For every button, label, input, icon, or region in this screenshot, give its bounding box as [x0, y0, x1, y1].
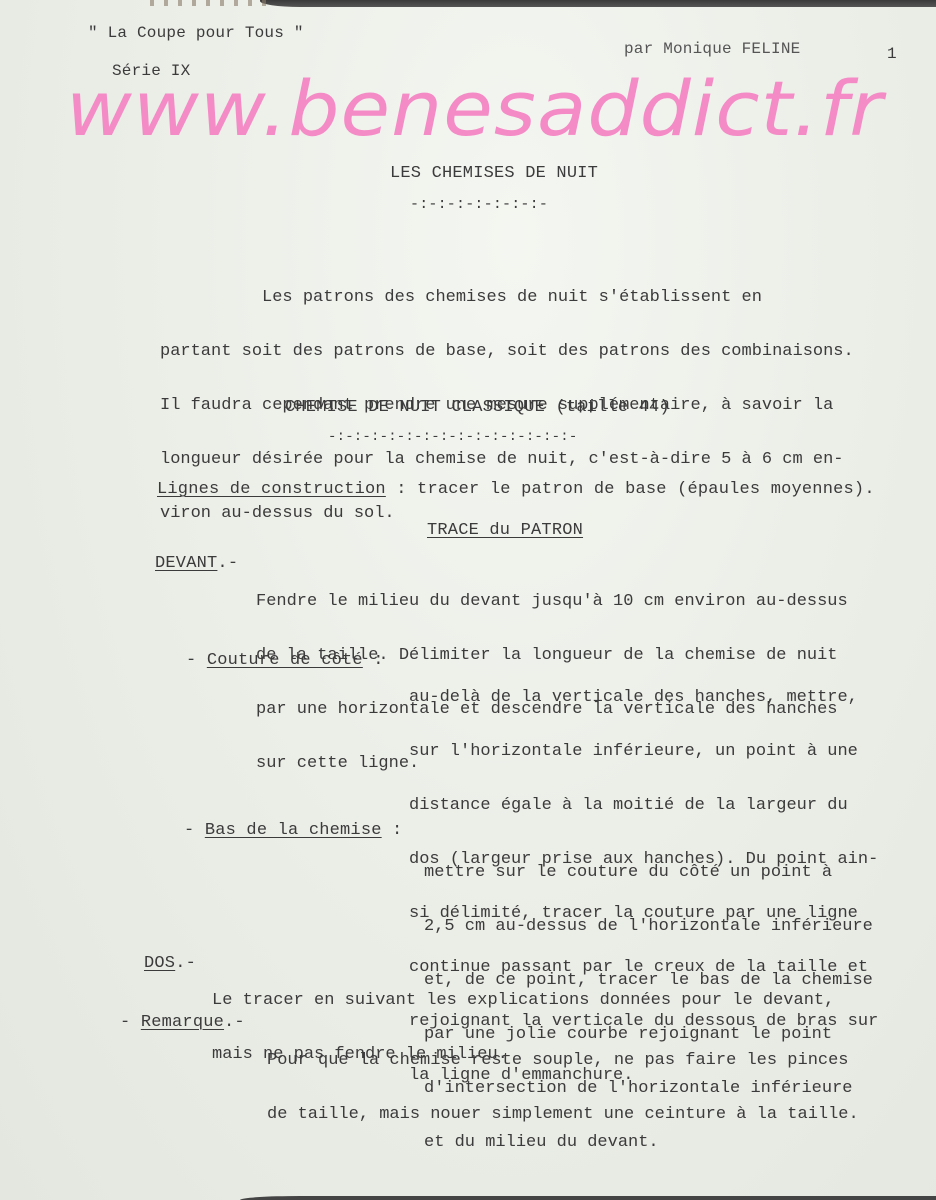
devant-line: Fendre le milieu du devant jusqu'à 10 cm… [256, 593, 848, 611]
devant-label: DEVANT [155, 554, 217, 573]
page-top-stains [150, 0, 270, 6]
watermark: www.benesaddict.fr [66, 64, 883, 154]
devant-label-line: DEVANT.- [155, 555, 249, 573]
section-title: CHEMISE DE NUIT CLASSIQUE (taille 44) [285, 399, 670, 417]
couture-label: Couture de côté [207, 651, 363, 670]
construction-line: Lignes de construction : tracer le patro… [157, 481, 875, 499]
couture-label-line: - Couture de côté : [186, 652, 394, 670]
devant-suffix: .- [217, 554, 248, 573]
dos-suffix: .- [175, 954, 206, 973]
page-number: 1 [887, 45, 897, 63]
bas-line: mettre sur le couture du côté un point à [424, 864, 873, 882]
intro-line: partant soit des patrons de base, soit d… [160, 343, 854, 361]
dos-line: Le tracer en suivant les explications do… [212, 992, 834, 1010]
construction-label: Lignes de construction [157, 480, 386, 499]
couture-line: au-delà de la verticale des hanches, met… [409, 689, 878, 707]
dos-label: DOS [144, 954, 175, 973]
remarque-line: de taille, mais nouer simplement une cei… [267, 1106, 859, 1124]
trace-heading: TRACE du PATRON [427, 522, 583, 540]
author: par Monique FELINE [624, 40, 800, 58]
bas-suffix: : [382, 821, 413, 840]
remarque-paragraph: Pour que la chemise reste souple, ne pas… [267, 1016, 859, 1142]
bas-line: 2,5 cm au-dessus de l'horizontale inféri… [424, 918, 873, 936]
dos-label-line: DOS.- [144, 955, 206, 973]
remarque-suffix: .- [224, 1013, 255, 1032]
title-separator: -:-:-:-:-:-:-:- [410, 196, 548, 214]
page-bottom-edge-shadow [240, 1196, 936, 1200]
couture-prefix: - [186, 651, 207, 670]
couture-line: distance égale à la moitié de la largeur… [409, 797, 878, 815]
couture-line: sur l'horizontale inférieure, un point à… [409, 743, 878, 761]
page-top-edge-shadow [260, 0, 936, 7]
bas-label: Bas de la chemise [205, 821, 382, 840]
remarque-label-line: - Remarque.- [120, 1014, 255, 1032]
bas-label-line: - Bas de la chemise : [184, 822, 413, 840]
bas-prefix: - [184, 821, 205, 840]
construction-text: : tracer le patron de base (épaules moye… [386, 480, 875, 499]
remarque-label: Remarque [141, 1013, 224, 1032]
remarque-line: Pour que la chemise reste souple, ne pas… [267, 1052, 859, 1070]
series-title: " La Coupe pour Tous " [88, 24, 304, 42]
intro-line: longueur désirée pour la chemise de nuit… [160, 451, 854, 469]
remarque-prefix: - [120, 1013, 141, 1032]
intro-line: Les patrons des chemises de nuit s'établ… [160, 289, 854, 307]
section-separator: -:-:-:-:-:-:-:-:-:-:-:-:-:-:- [328, 428, 577, 446]
couture-suffix: : [363, 651, 394, 670]
document-title: LES CHEMISES DE NUIT [390, 165, 598, 183]
